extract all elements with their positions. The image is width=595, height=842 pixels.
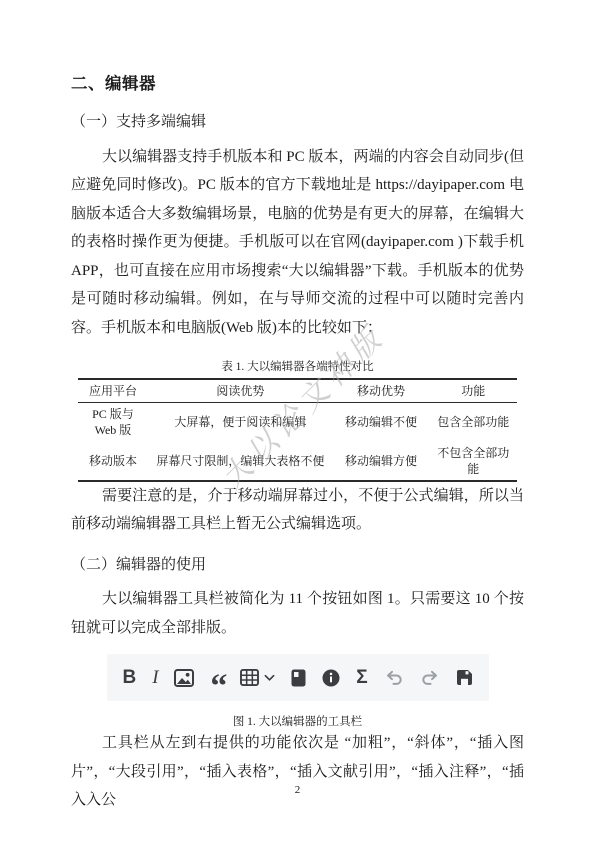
bold-icon: B (123, 667, 137, 689)
editor-toolbar-figure: B I “ Σ (107, 654, 489, 701)
table-icon (240, 669, 259, 686)
table-cell: 移动编辑方便 (333, 442, 430, 481)
table-cell: 移动版本 (78, 442, 148, 481)
table-header-mobility: 移动优势 (333, 379, 430, 403)
paragraph-4: 工具栏从左到右提供的功能依次是 “加粗”，“斜体”，“插入图片”，“大段引用”，… (71, 729, 524, 815)
download-url-link[interactable]: https://dayipaper.com (375, 177, 505, 193)
table-cell: 不包含全部功能 (429, 442, 517, 481)
table-caption: 表 1. 大以编辑器各端特性对比 (71, 358, 524, 374)
table-insert-group (240, 669, 275, 686)
page-number: 2 (0, 784, 595, 796)
subsection-heading-1: （一）支持多端编辑 (71, 108, 524, 137)
formula-icon: Σ (356, 667, 367, 689)
table-row: 移动版本 屏幕尺寸限制，编辑大表格不便 移动编辑方便 不包含全部功能 (78, 442, 517, 481)
table-cell: PC 版与 Web 版 (78, 403, 148, 442)
undo-icon (384, 670, 404, 686)
italic-icon: I (152, 667, 158, 689)
subsection-heading-2: （二）编辑器的使用 (71, 551, 524, 580)
feature-comparison-table: 应用平台 阅读优势 移动优势 功能 PC 版与 Web 版 大屏幕，便于阅读和编… (78, 378, 517, 482)
paragraph-2: 需要注意的是，介于移动端屏幕过小，不便于公式编辑，所以当前移动端编辑器工具栏上暂… (71, 482, 524, 539)
footnote-info-icon (322, 669, 340, 687)
table-header-reading: 阅读优势 (148, 379, 333, 403)
table-cell: 包含全部功能 (429, 403, 517, 442)
chevron-down-icon (264, 674, 275, 682)
page-content: 二、编辑器 （一）支持多端编辑 大以编辑器支持手机版本和 PC 版本，两端的内容… (0, 0, 595, 815)
image-icon (174, 669, 194, 687)
paragraph-1-text-b: 电脑版本适合大多数编辑场景，电脑的优势是有更大的屏幕，在编辑大的表格时操作更为便… (71, 177, 524, 336)
table-header-function: 功能 (429, 379, 517, 403)
redo-icon (420, 670, 440, 686)
save-icon (456, 669, 473, 686)
paragraph-3: 大以编辑器工具栏被简化为 11 个按钮如图 1。只需要这 10 个按钮就可以完成… (71, 585, 524, 642)
table-row: PC 版与 Web 版 大屏幕，便于阅读和编辑 移动编辑不便 包含全部功能 (78, 403, 517, 442)
table-header-row: 应用平台 阅读优势 移动优势 功能 (78, 379, 517, 403)
section-heading: 二、编辑器 (71, 70, 524, 94)
table-cell: 大屏幕，便于阅读和编辑 (148, 403, 333, 442)
figure-caption: 图 1. 大以编辑器的工具栏 (71, 713, 524, 729)
table-cell: 屏幕尺寸限制，编辑大表格不便 (148, 442, 333, 481)
paragraph-1: 大以编辑器支持手机版本和 PC 版本，两端的内容会自动同步(但应避免同时修改)。… (71, 143, 524, 343)
blockquote-icon: “ (210, 673, 224, 683)
document-page: 大以论文神版 二、编辑器 （一）支持多端编辑 大以编辑器支持手机版本和 PC 版… (0, 0, 595, 842)
citation-icon (291, 669, 306, 687)
table-cell: 移动编辑不便 (333, 403, 430, 442)
table-header-platform: 应用平台 (78, 379, 148, 403)
